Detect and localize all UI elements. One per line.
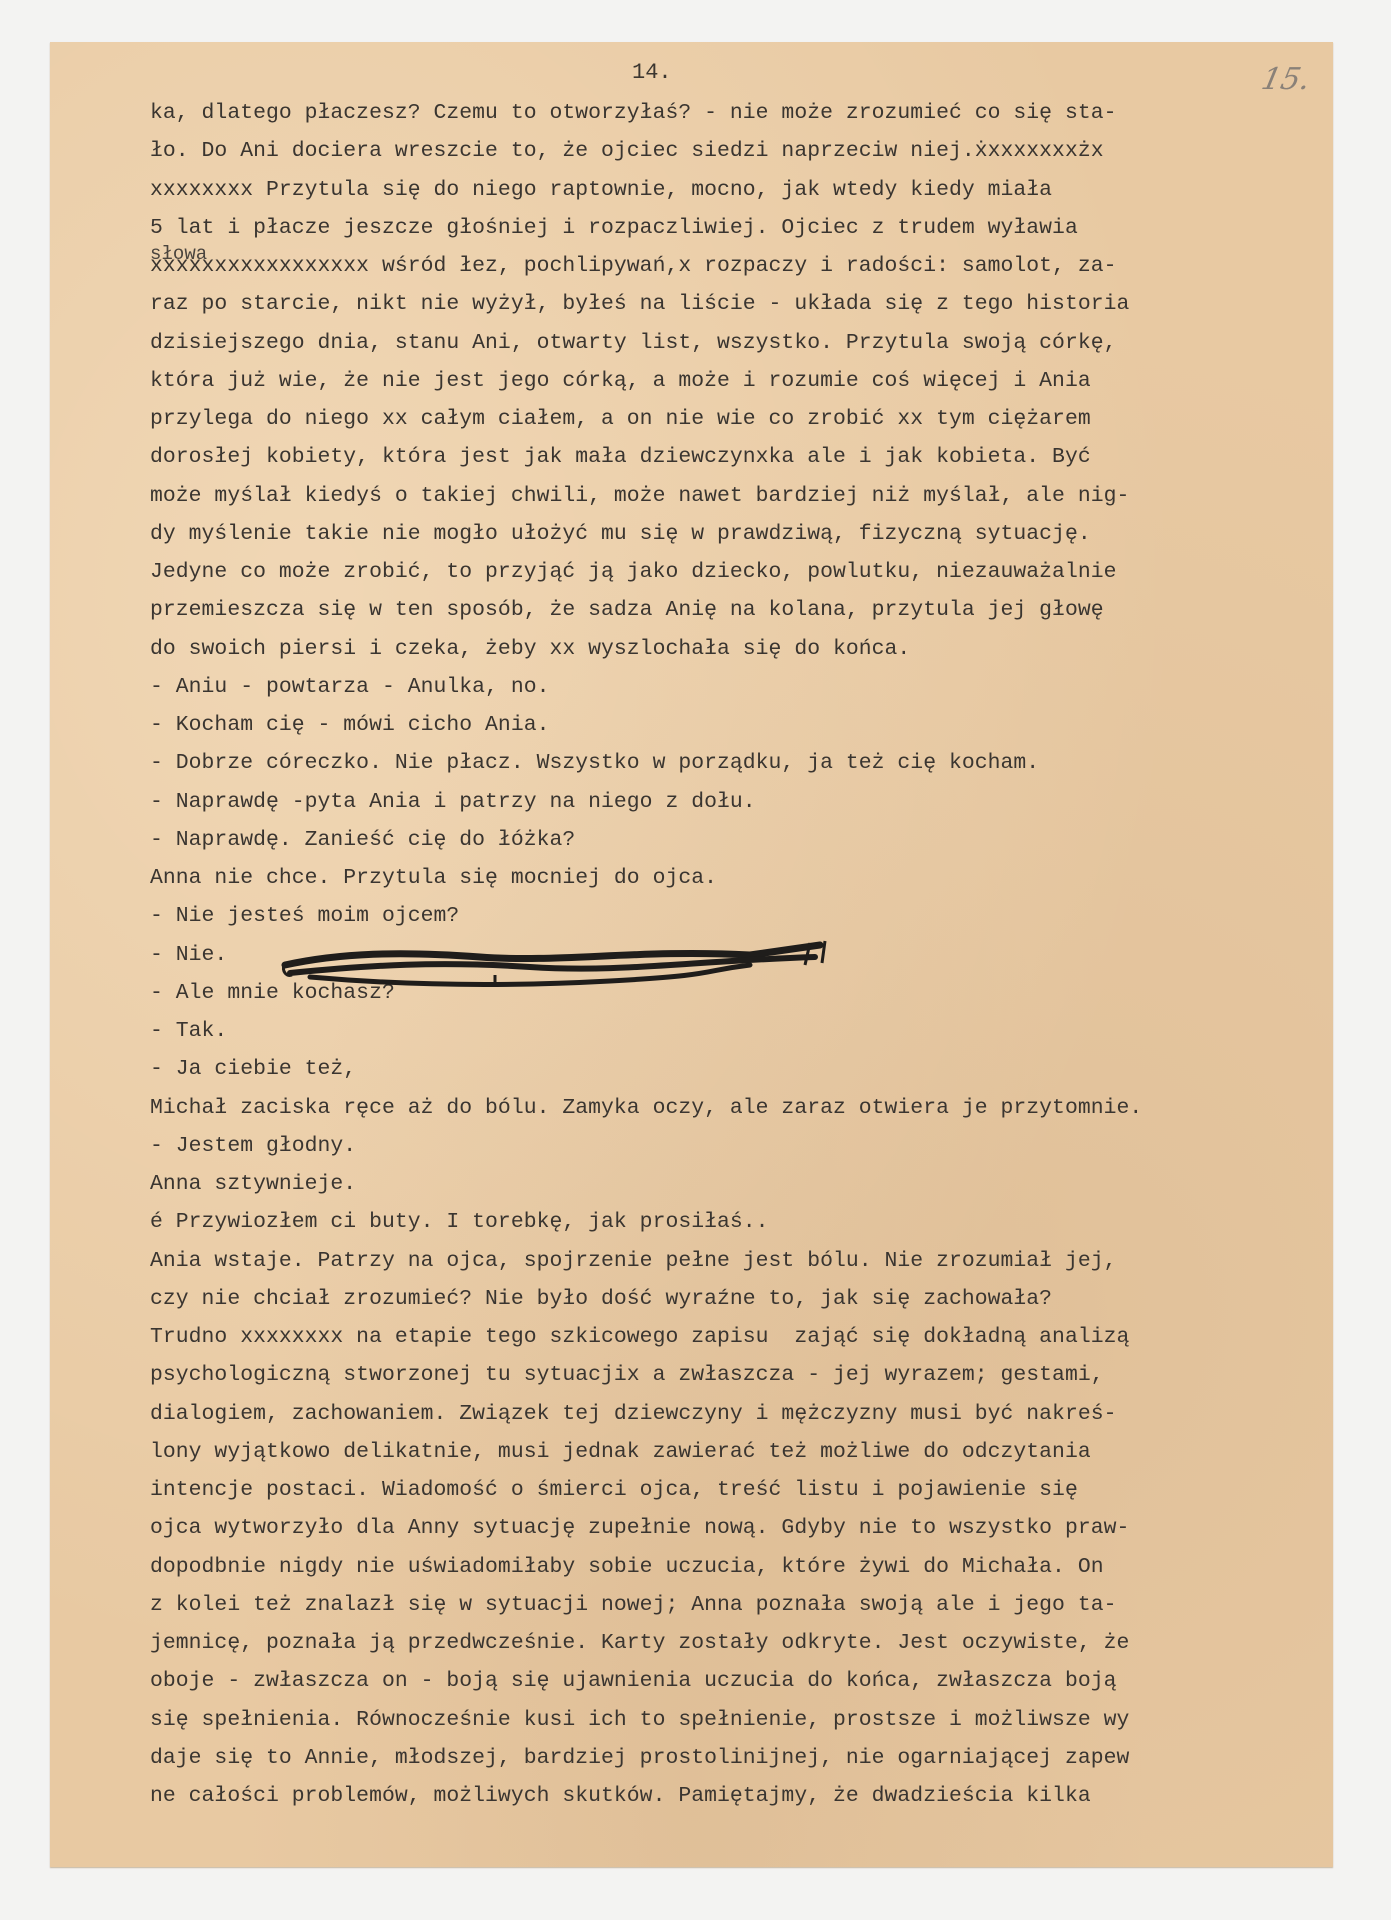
text-line: daje się to Annie, młodszej, bardziej pr… [150,1739,1340,1777]
text-line: oboje - zwłaszcza on - boją się ujawnien… [150,1662,1340,1700]
text-line: może myślał kiedyś o takiej chwili, może… [150,477,1340,515]
text-line: - Naprawdę -pyta Ania i patrzy na niego … [150,783,1340,821]
text-line: intencje postaci. Wiadomość o śmierci oj… [150,1471,1340,1509]
text-line: Anna nie chce. Przytula się mocniej do o… [150,859,1340,897]
text-line: - Naprawdę. Zanieść cię do łóżka? [150,821,1340,859]
text-line: - Dobrze córeczko. Nie płacz. Wszystko w… [150,744,1340,782]
text-line: - Tak. [150,1012,1340,1050]
text-line: - Ja ciebie też, [150,1050,1340,1088]
text-line: z kolei też znalazł się w sytuacji nowej… [150,1586,1340,1624]
text-line: ło. Do Ani dociera wreszcie to, że ojcie… [150,132,1340,170]
text-line: ka, dlatego płaczesz? Czemu to otworzyła… [150,94,1340,132]
text-line: - Jestem głodny. [150,1127,1340,1165]
text-line: przylega do niego xx całym ciałem, a on … [150,400,1340,438]
text-line: raz po starcie, nikt nie wyżył, byłeś na… [150,285,1340,323]
text-line: dopodbnie nigdy nie uświadomiłaby sobie … [150,1548,1340,1586]
text-line: się spełnienia. Równocześnie kusi ich to… [150,1701,1340,1739]
handwritten-crossed-out-scribble [280,935,830,990]
text-line: ne całości problemów, możliwych skutków.… [150,1777,1340,1815]
text-line: - Kocham cię - mówi cicho Ania. [150,706,1340,744]
text-line: Michał zaciska ręce aż do bólu. Zamyka o… [150,1089,1340,1127]
text-line: xxxxxxxx Przytula się do niego raptownie… [150,171,1340,209]
text-line: xxxxxxxxxxxxxxxxx wśród łez, pochlipywań… [150,247,1340,285]
text-line: Jedyne co może zrobić, to przyjąć ją jak… [150,553,1340,591]
text-line: Anna sztywnieje. [150,1165,1340,1203]
overtyped-correction: słowa [150,235,207,273]
text-line: Trudno xxxxxxxx na etapie tego szkicoweg… [150,1318,1340,1356]
text-line: lony wyjątkowo delikatnie, musi jednak z… [150,1433,1340,1471]
text-line: - Nie jesteś moim ojcem? [150,897,1340,935]
typewritten-page: 14. 15. ka, dlatego płaczesz? Czemu to o… [50,42,1333,1867]
text-line: przemieszcza się w ten sposób, że sadza … [150,591,1340,629]
text-line: dzisiejszego dnia, stanu Ani, otwarty li… [150,324,1340,362]
text-line: ojca wytworzyło dla Anny sytuację zupełn… [150,1509,1340,1547]
text-line: - Aniu - powtarza - Anulka, no. [150,668,1340,706]
text-line: dialogiem, zachowaniem. Związek tej dzie… [150,1395,1340,1433]
text-line: jemnicę, poznała ją przedwcześnie. Karty… [150,1624,1340,1662]
text-line: é Przywiozłem ci buty. I torebkę, jak pr… [150,1203,1340,1241]
text-line: do swoich piersi i czeka, żeby xx wyszlo… [150,630,1340,668]
text-line: psychologiczną stworzonej tu sytuacjix a… [150,1356,1340,1394]
text-line: czy nie chciał zrozumieć? Nie było dość … [150,1280,1340,1318]
typed-page-number: 14. [632,60,672,85]
handwritten-page-number: 15. [1258,62,1313,97]
text-line: która już wie, że nie jest jego córką, a… [150,362,1340,400]
text-line: Ania wstaje. Patrzy na ojca, spojrzenie … [150,1242,1340,1280]
text-line: dorosłej kobiety, która jest jak mała dz… [150,438,1340,476]
text-line: dy myślenie takie nie mogło ułożyć mu si… [150,515,1340,553]
text-line: 5 lat i płacze jeszcze głośniej i rozpac… [150,209,1340,247]
